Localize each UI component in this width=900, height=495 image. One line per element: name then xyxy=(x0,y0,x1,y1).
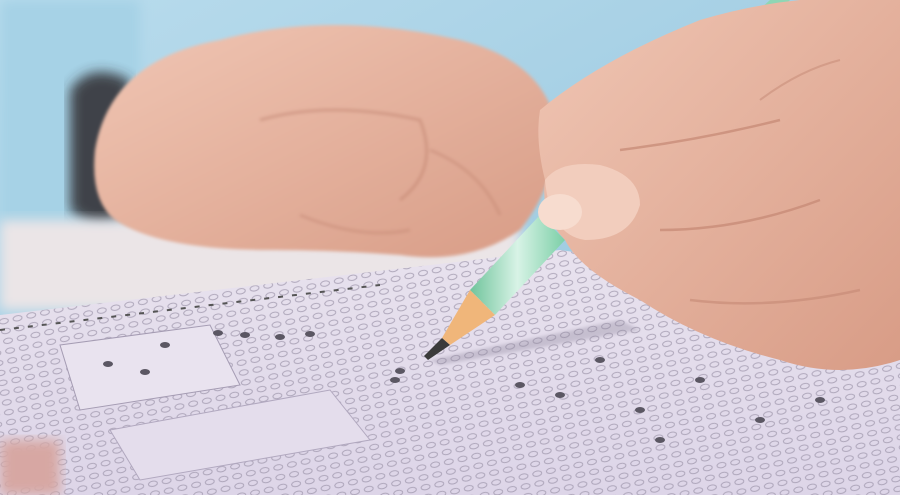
photo-scene xyxy=(0,0,900,495)
left-hand xyxy=(94,25,555,257)
scene-illustration xyxy=(0,0,900,495)
sheet-stack-edge xyxy=(0,440,60,495)
thumbnail xyxy=(538,194,582,230)
